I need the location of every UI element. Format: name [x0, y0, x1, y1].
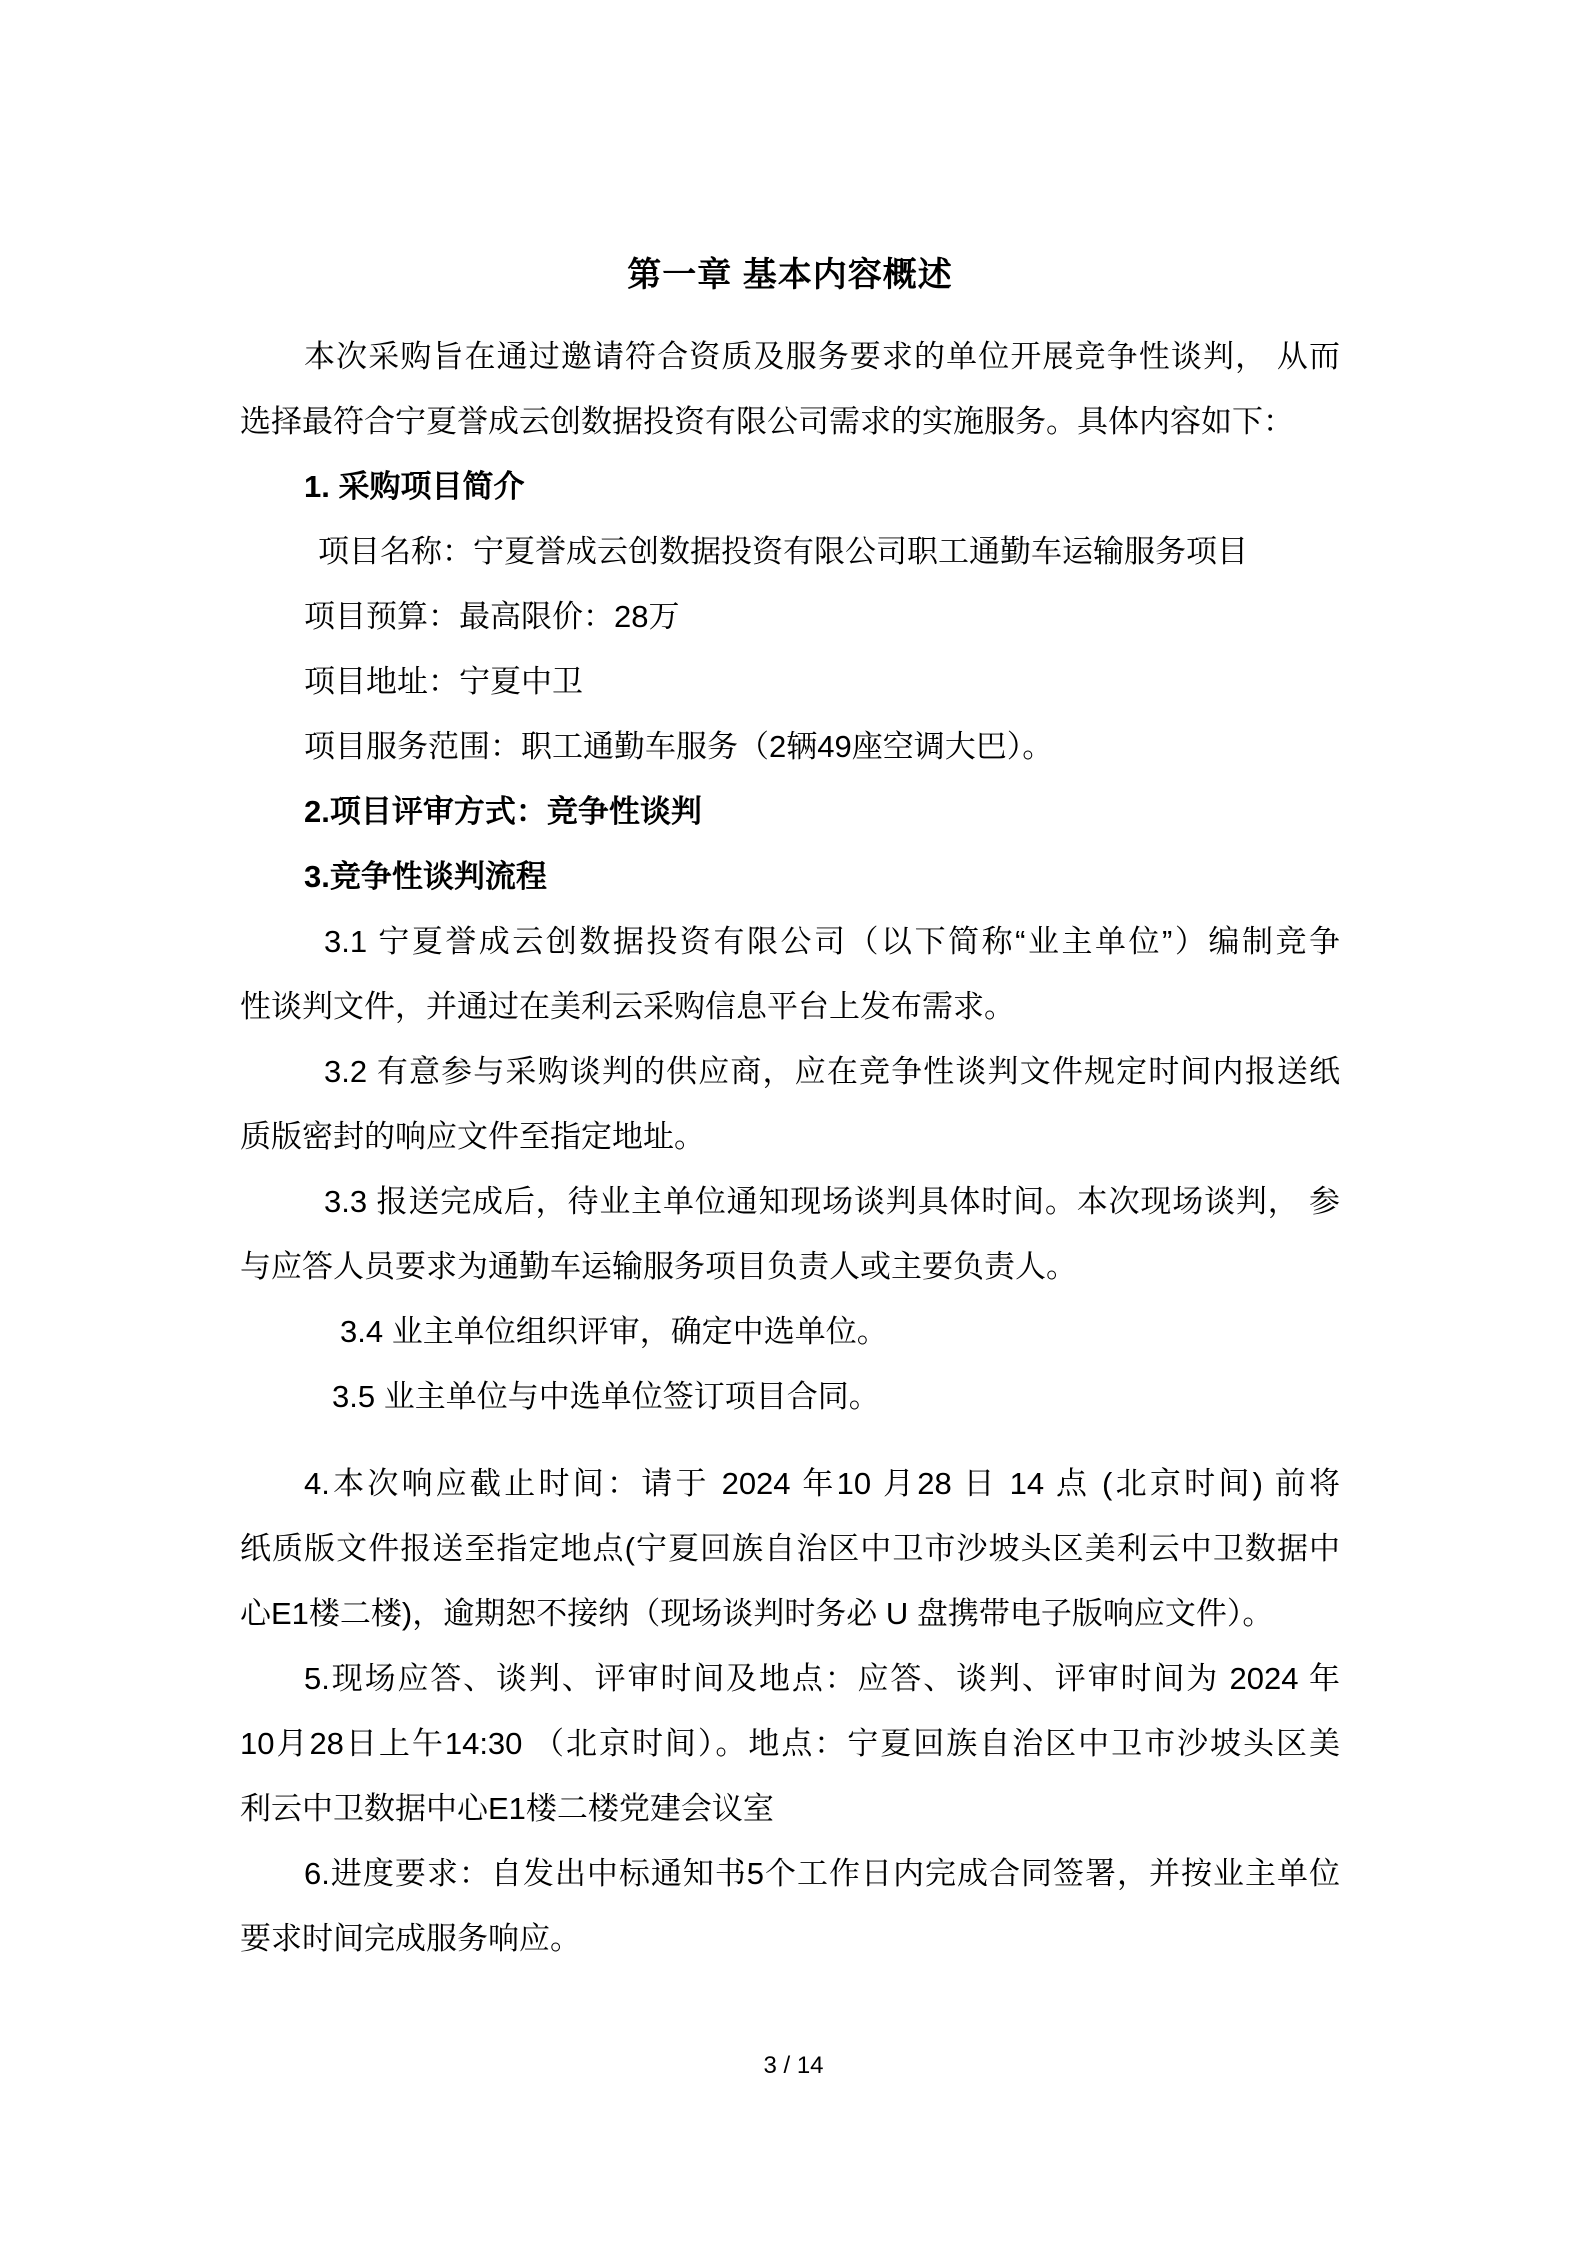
section-heading-3: 3.竞争性谈判流程 [240, 844, 1340, 909]
doc-line: 6.进度要求：自发出中标通知书5个工作日内完成合同签署，并按业主单位 [240, 1841, 1340, 1906]
doc-line: 选择最符合宁夏誉成云创数据投资有限公司需求的实施服务。具体内容如下： [240, 389, 1340, 454]
doc-line: 3.1 宁夏誉成云创数据投资有限公司（以下简称“业主单位”）编制竞争 [240, 909, 1340, 974]
doc-line: 4.本次响应截止时间：请于 2024 年10 月28 日 14 点 (北京时间)… [240, 1451, 1340, 1516]
doc-line: 3.2 有意参与采购谈判的供应商，应在竞争性谈判文件规定时间内报送纸 [240, 1039, 1340, 1104]
doc-line: 3.3 报送完成后，待业主单位通知现场谈判具体时间。本次现场谈判， 参 [240, 1169, 1340, 1234]
doc-line: 心E1楼二楼)，逾期恕不接纳（现场谈判时务必 U 盘携带电子版响应文件）。 [240, 1581, 1340, 1646]
doc-line: 要求时间完成服务响应。 [240, 1906, 1340, 1971]
doc-line: 本次采购旨在通过邀请符合资质及服务要求的单位开展竞争性谈判， 从而 [240, 324, 1340, 389]
page-number: 3 / 14 [0, 2042, 1587, 2090]
doc-line: 项目名称：宁夏誉成云创数据投资有限公司职工通勤车运输服务项目 [240, 519, 1340, 584]
doc-line: 5.现场应答、谈判、评审时间及地点：应答、谈判、评审时间为 2024 年 [240, 1646, 1340, 1711]
doc-line: 3.5 业主单位与中选单位签订项目合同。 [240, 1364, 1340, 1429]
doc-line: 10月28日上午14:30 （北京时间）。地点：宁夏回族自治区中卫市沙坡头区美 [240, 1711, 1340, 1776]
section-heading-1: 1. 采购项目简介 [240, 454, 1340, 519]
doc-line: 利云中卫数据中心E1楼二楼党建会议室 [240, 1776, 1340, 1841]
doc-line: 3.4 业主单位组织评审，确定中选单位。 [240, 1299, 1340, 1364]
doc-line: 项目预算：最高限价：28万 [240, 584, 1340, 649]
doc-line: 质版密封的响应文件至指定地址。 [240, 1104, 1340, 1169]
chapter-heading: 第一章 基本内容概述 [240, 242, 1340, 308]
doc-line: 纸质版文件报送至指定地点(宁夏回族自治区中卫市沙坡头区美利云中卫数据中 [240, 1516, 1340, 1581]
doc-line: 性谈判文件，并通过在美利云采购信息平台上发布需求。 [240, 974, 1340, 1039]
section-heading-2: 2.项目评审方式：竞争性谈判 [240, 779, 1340, 844]
document-page: 第一章 基本内容概述 本次采购旨在通过邀请符合资质及服务要求的单位开展竞争性谈判… [0, 0, 1587, 2245]
doc-line: 项目地址：宁夏中卫 [240, 649, 1340, 714]
doc-line: 与应答人员要求为通勤车运输服务项目负责人或主要负责人。 [240, 1234, 1340, 1299]
doc-line: 项目服务范围：职工通勤车服务（2辆49座空调大巴）。 [240, 714, 1340, 779]
document-body: 第一章 基本内容概述 本次采购旨在通过邀请符合资质及服务要求的单位开展竞争性谈判… [240, 242, 1340, 1971]
